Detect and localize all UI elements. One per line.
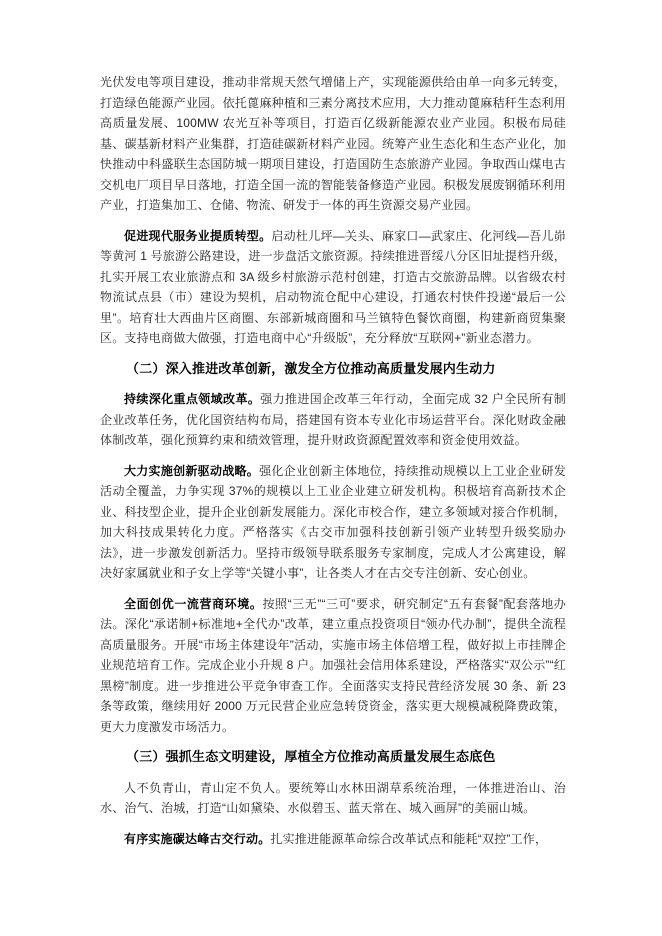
paragraph-text: 扎实推进能源革命综合改革试点和能耗“双控”工作， bbox=[270, 832, 547, 846]
paragraph-text: 强化企业创新主体地位，持续推动规模以上工业企业研发活动全覆盖，力争实现 37%的… bbox=[100, 464, 566, 581]
section-heading: （三）强抓生态文明建设，厚植全方位推动高质量发展生态底色 bbox=[100, 747, 566, 768]
body-paragraph: 持续深化重点领域改革。强力推进国企改革三年行动，全面完成 32 户全民所有制企业… bbox=[100, 389, 566, 451]
body-paragraph: 光伏发电等项目建设，推动非常规天然气增储上产，实现能源供给由单一向多元转变，打造… bbox=[100, 72, 566, 216]
paragraph-text: 启动杜儿坪—关头、麻家口—武家庄、化河线—吾儿峁等黄河 1 号旅游公路建设，进一… bbox=[100, 229, 566, 346]
paragraph-bold-lead: 全面创优一流营商环境。 bbox=[124, 597, 262, 611]
paragraph-text: 按照“三无”“三可”要求，研究制定“五有套餐”配套落地办法。深化“承诺制+标准地… bbox=[100, 597, 566, 734]
paragraph-bold-lead: 促进现代服务业提质转型。 bbox=[124, 229, 271, 243]
body-paragraph: 促进现代服务业提质转型。启动杜儿坪—关头、麻家口—武家庄、化河线—吾儿峁等黄河 … bbox=[100, 226, 566, 349]
paragraph-text: 人不负青山，青山定不负人。要统筹山水林田湖草系统治理，一体推进治山、治水、治气、… bbox=[100, 781, 566, 816]
paragraph-text: 光伏发电等项目建设，推动非常规天然气增储上产，实现能源供给由单一向多元转变，打造… bbox=[100, 75, 566, 212]
body-paragraph: 人不负青山，青山定不负人。要统筹山水林田湖草系统治理，一体推进治山、治水、治气、… bbox=[100, 778, 566, 819]
section-heading: （二）深入推进改革创新，激发全方位推动高质量发展内生动力 bbox=[100, 359, 566, 380]
body-paragraph: 大力实施创新驱动战略。强化企业创新主体地位，持续推动规模以上工业企业研发活动全覆… bbox=[100, 461, 566, 584]
paragraph-bold-lead: 大力实施创新驱动战略。 bbox=[124, 464, 259, 478]
paragraph-bold-lead: 持续深化重点领域改革。 bbox=[124, 392, 260, 406]
document-page: 光伏发电等项目建设，推动非常规天然气增储上产，实现能源供给由单一向多元转变，打造… bbox=[0, 0, 662, 936]
body-paragraph: 全面创优一流营商环境。按照“三无”“三可”要求，研究制定“五有套餐”配套落地办法… bbox=[100, 594, 566, 738]
body-paragraph: 有序实施碳达峰古交行动。扎实推进能源革命综合改革试点和能耗“双控”工作， bbox=[100, 829, 566, 850]
paragraph-bold-lead: 有序实施碳达峰古交行动。 bbox=[124, 832, 270, 846]
